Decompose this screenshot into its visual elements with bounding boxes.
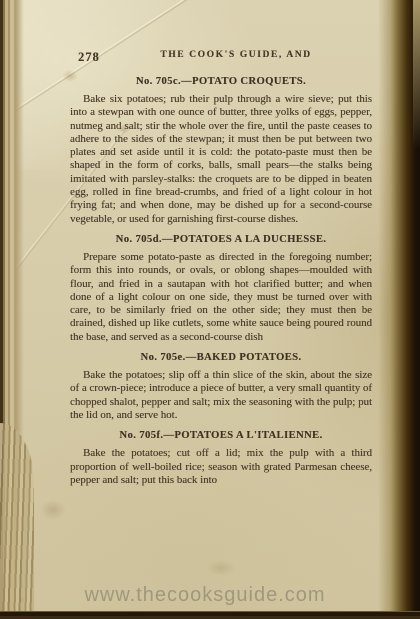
recipe-heading: No. 705c.—POTATO CROQUETS.	[70, 76, 372, 87]
recipe-potato-croquets: No. 705c.—POTATO CROQUETS. Bake six pota…	[70, 76, 372, 226]
paper-stain	[206, 560, 236, 576]
watermark: www.thecooksguide.com	[0, 584, 410, 607]
recipe-body: Bake the potatoes; cut off a lid; mix th…	[70, 447, 372, 487]
running-title: THE COOK'S GUIDE, AND	[70, 50, 372, 60]
book-scan: 278 THE COOK'S GUIDE, AND No. 705c.—POTA…	[0, 0, 420, 619]
recipe-body: Bake six potatoes; rub their pulp throug…	[70, 93, 372, 226]
page-content: 278 THE COOK'S GUIDE, AND No. 705c.—POTA…	[70, 50, 372, 487]
recipe-heading: No. 705d.—POTATOES A LA DUCHESSE.	[70, 234, 372, 245]
page-bottom-edge	[0, 611, 420, 619]
page-number: 278	[78, 50, 100, 65]
page-header: 278 THE COOK'S GUIDE, AND	[70, 50, 372, 64]
recipe-potatoes-a-la-duchesse: No. 705d.—POTATOES A LA DUCHESSE. Prepar…	[70, 234, 372, 344]
recipe-body: Bake the potatoes; slip off a thin slice…	[70, 369, 372, 422]
recipe-potatoes-a-litalienne: No. 705f.—POTATOES A L'ITALIENNE. Bake t…	[70, 430, 372, 487]
recipe-heading: No. 705e.—BAKED POTATOES.	[70, 352, 372, 363]
recipe-body: Prepare some potato-paste as directed in…	[70, 251, 372, 344]
recipe-heading: No. 705f.—POTATOES A L'ITALIENNE.	[70, 430, 372, 441]
next-page-edge	[413, 0, 420, 150]
paper-stain	[40, 500, 66, 520]
recipe-baked-potatoes: No. 705e.—BAKED POTATOES. Bake the potat…	[70, 352, 372, 422]
